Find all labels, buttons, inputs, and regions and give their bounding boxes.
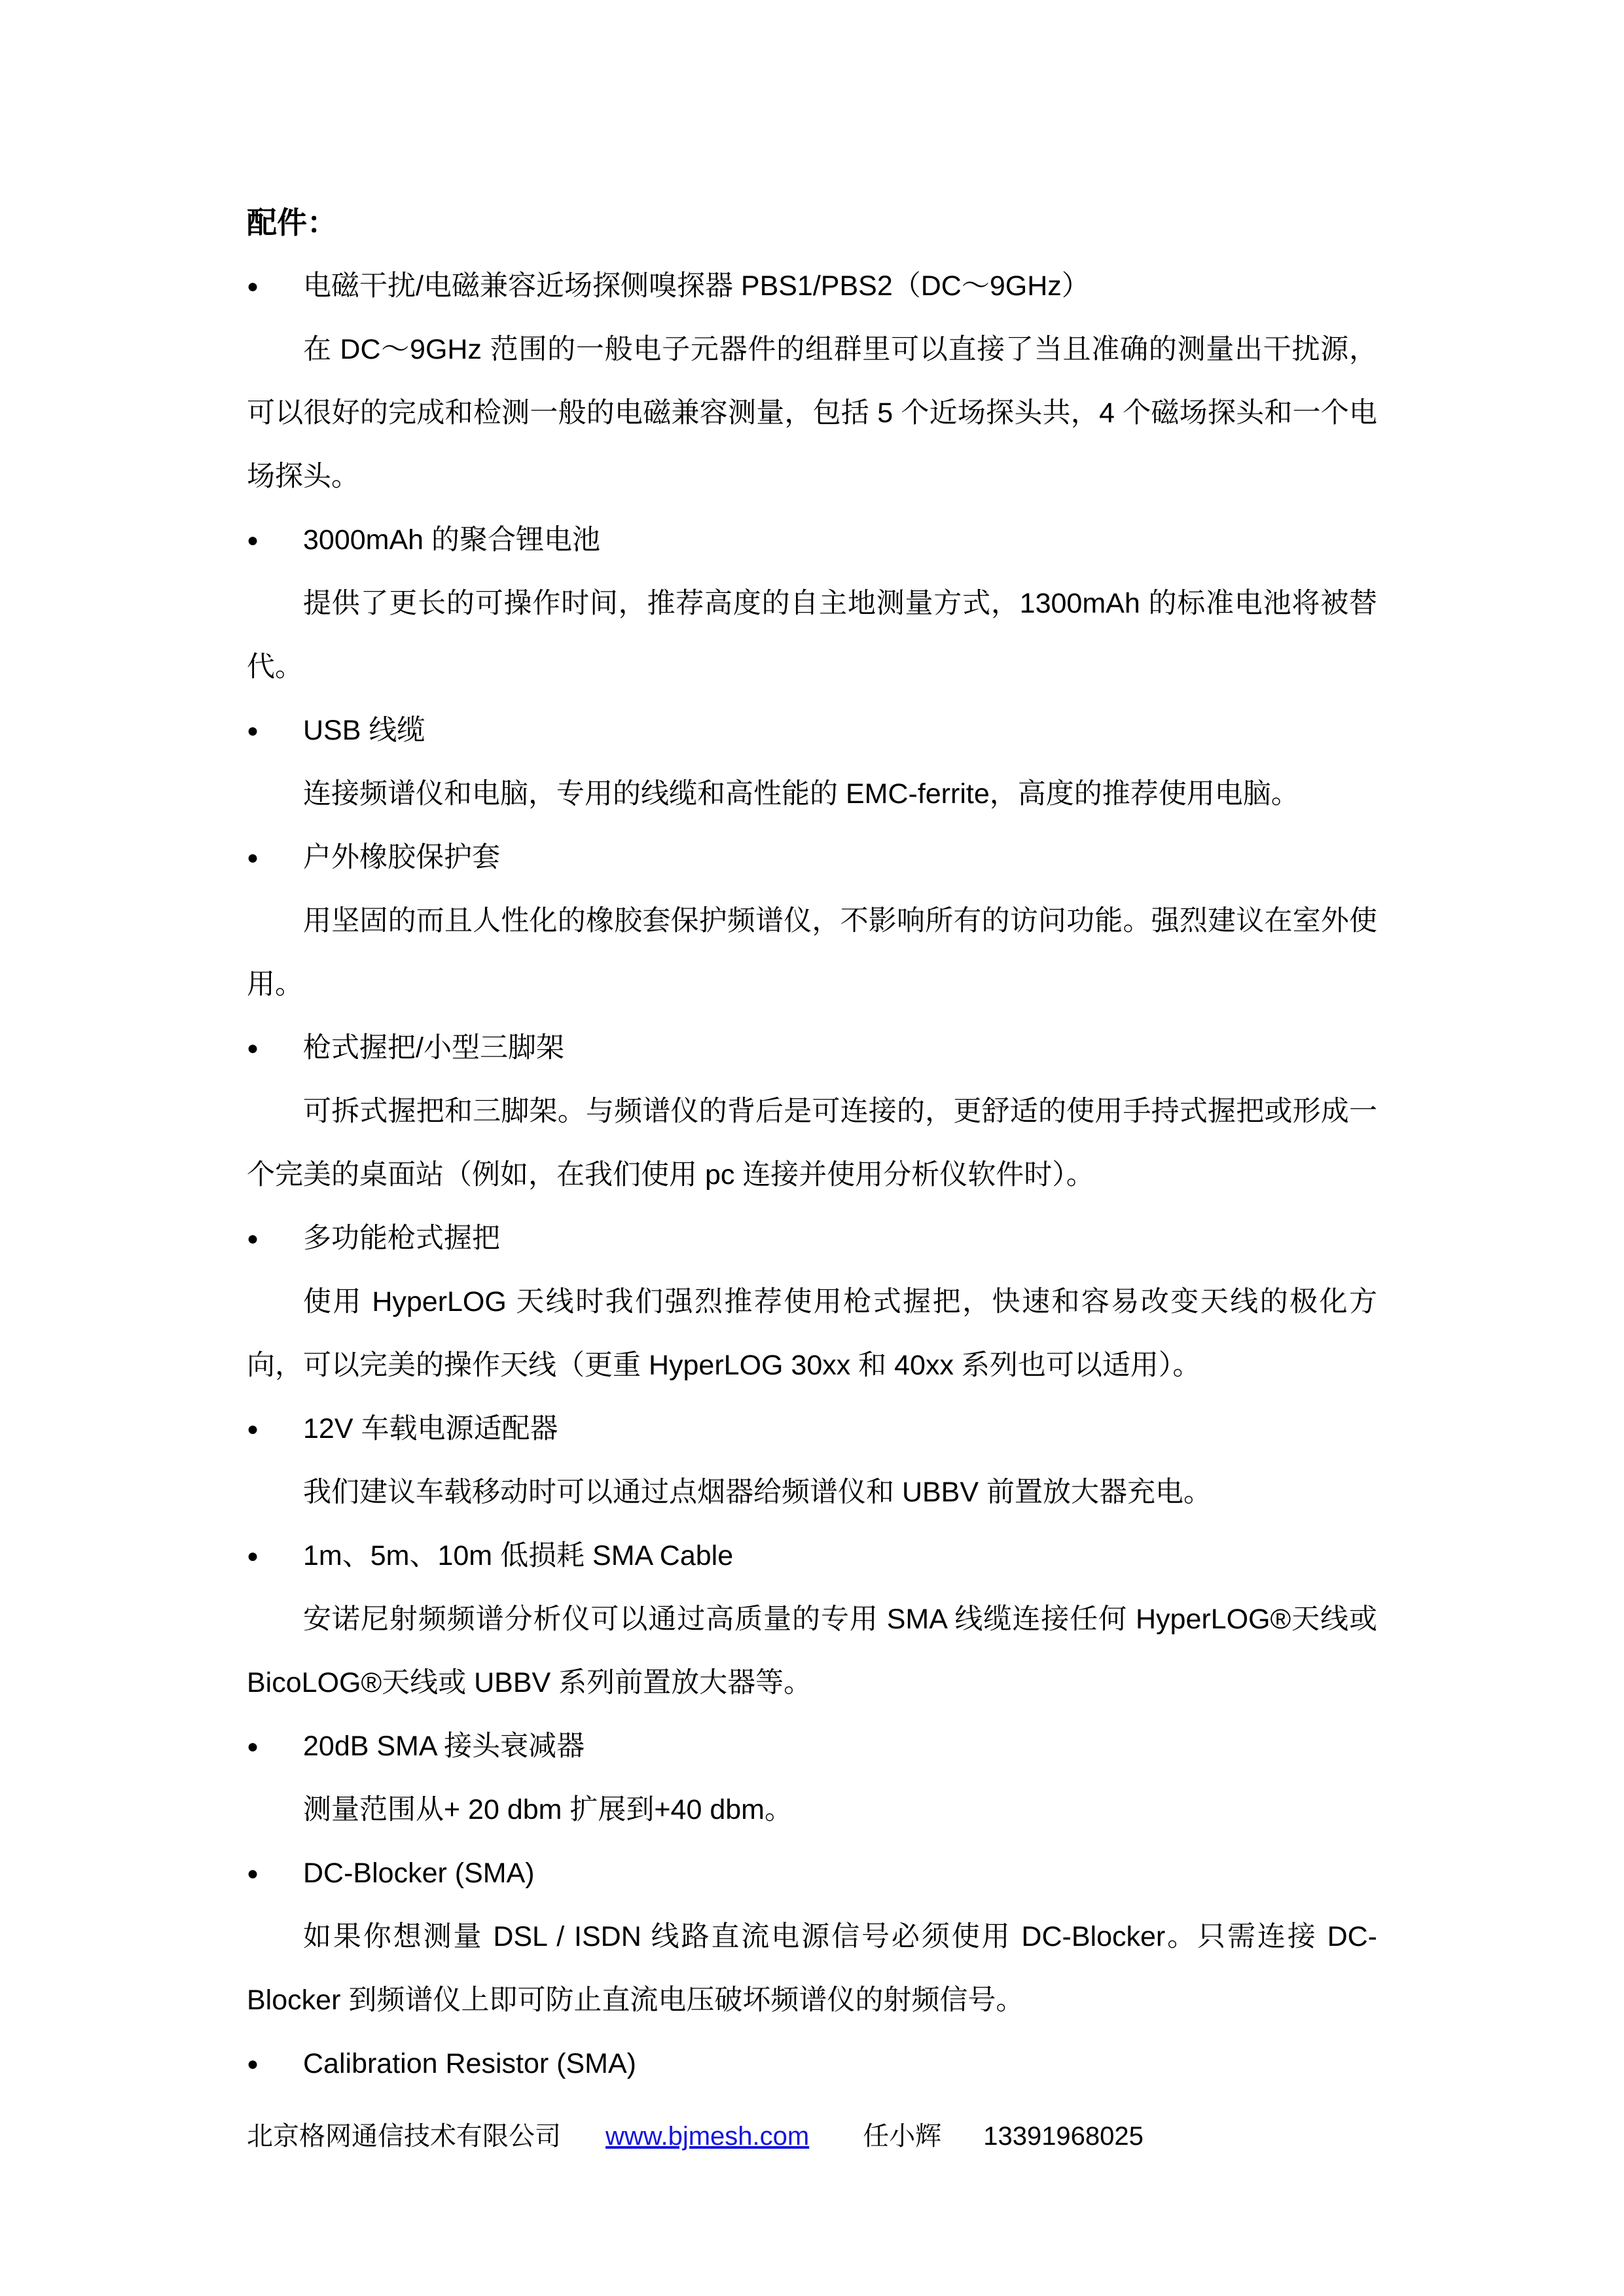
bullet-icon: ● [247,1524,303,1588]
accessory-label: DC-Blocker (SMA) [303,1842,1377,1905]
accessory-label: 12V 车载电源适配器 [303,1397,1377,1461]
accessory-label: Calibration Resistor (SMA) [303,2032,1377,2096]
page-title: 配件： [247,191,1377,255]
accessory-description: 连接频谱仪和电脑，专用的线缆和高性能的 EMC-ferrite，高度的推荐使用电… [247,762,1377,826]
bullet-icon: ● [247,699,303,762]
bullet-icon: ● [247,1715,303,1778]
accessory-label: 1m、5m、10m 低损耗 SMA Cable [303,1524,1377,1588]
accessory-description: 提供了更长的可操作时间，推荐高度的自主地测量方式，1300mAh 的标准电池将被… [247,572,1377,699]
footer-contact-name: 任小辉 [863,2122,941,2151]
accessory-bullet-item: ●1m、5m、10m 低损耗 SMA Cable [247,1524,1377,1588]
accessory-description: 用坚固的而且人性化的橡胶套保护频谱仪，不影响所有的访问功能。强烈建议在室外使用。 [247,889,1377,1016]
accessory-description: 使用 HyperLOG 天线时我们强烈推荐使用枪式握把，快速和容易改变天线的极化… [247,1270,1377,1397]
accessory-description: 测量范围从+ 20 dbm 扩展到+40 dbm。 [247,1778,1377,1842]
accessory-bullet-item: ●3000mAh 的聚合锂电池 [247,509,1377,572]
accessory-bullet-item: ●电磁干扰/电磁兼容近场探侧嗅探器 PBS1/PBS2（DC～9GHz） [247,255,1377,318]
footer-website-link[interactable]: www.bjmesh.com [605,2122,809,2151]
accessory-bullet-item: ●12V 车载电源适配器 [247,1397,1377,1461]
footer-phone-number: 13391968025 [983,2122,1144,2151]
accessory-bullet-item: ●多功能枪式握把 [247,1207,1377,1270]
accessory-bullet-item: ●户外橡胶保护套 [247,826,1377,889]
accessory-description: 在 DC～9GHz 范围的一般电子元器件的组群里可以直接了当且准确的测量出干扰源… [247,318,1377,509]
accessory-description: 可拆式握把和三脚架。与频谱仪的背后是可连接的，更舒适的使用手持式握把或形成一个完… [247,1080,1377,1207]
bullet-icon: ● [247,2032,303,2096]
bullet-icon: ● [247,1842,303,1905]
bullet-icon: ● [247,509,303,572]
accessory-description: 如果你想测量 DSL / ISDN 线路直流电源信号必须使用 DC-Blocke… [247,1905,1377,2032]
bullet-icon: ● [247,255,303,318]
accessory-label: 多功能枪式握把 [303,1207,1377,1270]
accessory-label: 20dB SMA 接头衰减器 [303,1715,1377,1778]
accessories-list: ●电磁干扰/电磁兼容近场探侧嗅探器 PBS1/PBS2（DC～9GHz）在 DC… [247,255,1377,2096]
accessory-label: 3000mAh 的聚合锂电池 [303,509,1377,572]
accessory-bullet-item: ●Calibration Resistor (SMA) [247,2032,1377,2096]
bullet-icon: ● [247,1397,303,1461]
document-page: 配件： ●电磁干扰/电磁兼容近场探侧嗅探器 PBS1/PBS2（DC～9GHz）… [0,0,1624,2096]
footer-company-name: 北京格网通信技术有限公司 [247,2122,561,2151]
page-footer: 北京格网通信技术有限公司www.bjmesh.com任小辉13391968025 [247,2117,1144,2156]
accessory-label: 电磁干扰/电磁兼容近场探侧嗅探器 PBS1/PBS2（DC～9GHz） [303,255,1377,318]
bullet-icon: ● [247,826,303,889]
accessory-bullet-item: ●DC-Blocker (SMA) [247,1842,1377,1905]
bullet-icon: ● [247,1016,303,1080]
accessory-bullet-item: ●20dB SMA 接头衰减器 [247,1715,1377,1778]
accessory-label: 枪式握把/小型三脚架 [303,1016,1377,1080]
accessory-description: 我们建议车载移动时可以通过点烟器给频谱仪和 UBBV 前置放大器充电。 [247,1461,1377,1524]
accessory-label: USB 线缆 [303,699,1377,762]
accessory-bullet-item: ●USB 线缆 [247,699,1377,762]
accessory-label: 户外橡胶保护套 [303,826,1377,889]
bullet-icon: ● [247,1207,303,1270]
accessory-bullet-item: ●枪式握把/小型三脚架 [247,1016,1377,1080]
accessory-description: 安诺尼射频频谱分析仪可以通过高质量的专用 SMA 线缆连接任何 HyperLOG… [247,1588,1377,1715]
